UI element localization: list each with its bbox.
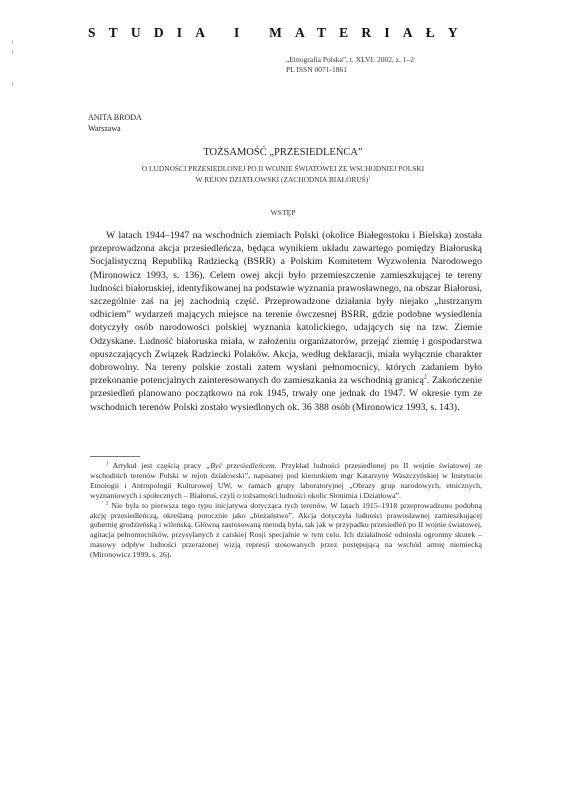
journal-issn: PL ISSN 0071-1861: [286, 65, 414, 75]
scan-margin-mark: [12, 82, 13, 86]
subtitle-line-2-text: W REJON DZIATŁOWSKI (ZACHODNIA BIAŁORUŚ): [196, 175, 369, 184]
article-title: TOŻSAMOŚĆ „PRZESIEDLEŃCA”: [0, 147, 566, 158]
author-block: ANITA BRODA Warszawa: [88, 112, 142, 134]
scan-margin-mark: [12, 40, 13, 44]
footnote-italic-title: „Być przesiedleńcem.: [206, 461, 277, 470]
paragraph-text-part-1: W latach 1944–1947 na wschodnich ziemiac…: [90, 230, 482, 386]
section-heading: WSTĘP: [0, 208, 566, 217]
author-name: ANITA BRODA: [88, 112, 142, 123]
footnote-ref-1[interactable]: 1: [368, 175, 370, 180]
footnote-number: 1: [106, 461, 108, 466]
article-subtitle: O LUDNOŚCI PRZESIEDLONEJ PO II WOJNIE ŚW…: [0, 163, 566, 185]
journal-info: „Etnografia Polska”, t. XLVI: 2002, z. 1…: [286, 55, 414, 75]
scan-margin-mark: [12, 50, 13, 54]
footnote-text: Artykuł jest częścią pracy: [113, 461, 206, 470]
author-affiliation: Warszawa: [88, 123, 142, 134]
running-head: STUDIA I MATERIAŁY: [88, 25, 488, 41]
footnote-number: 2: [106, 501, 108, 506]
subtitle-line-1: O LUDNOŚCI PRZESIEDLONEJ PO II WOJNIE ŚW…: [0, 163, 566, 174]
footnote-text: Nie była to pierwsza tego typu inicjatyw…: [90, 501, 482, 560]
footnote-separator: [90, 456, 140, 457]
footnotes: 1 Artykuł jest częścią pracy „Być przesi…: [90, 461, 482, 560]
footnote-2: 2 Nie była to pierwsza tego typu inicjat…: [90, 501, 482, 560]
paragraph: W latach 1944–1947 na wschodnich ziemiac…: [90, 229, 482, 414]
footnote-1: 1 Artykuł jest częścią pracy „Być przesi…: [90, 461, 482, 501]
body-text: W latach 1944–1947 na wschodnich ziemiac…: [90, 229, 482, 414]
journal-citation: „Etnografia Polska”, t. XLVI: 2002, z. 1…: [286, 55, 414, 65]
subtitle-line-2: W REJON DZIATŁOWSKI (ZACHODNIA BIAŁORUŚ)…: [0, 174, 566, 185]
